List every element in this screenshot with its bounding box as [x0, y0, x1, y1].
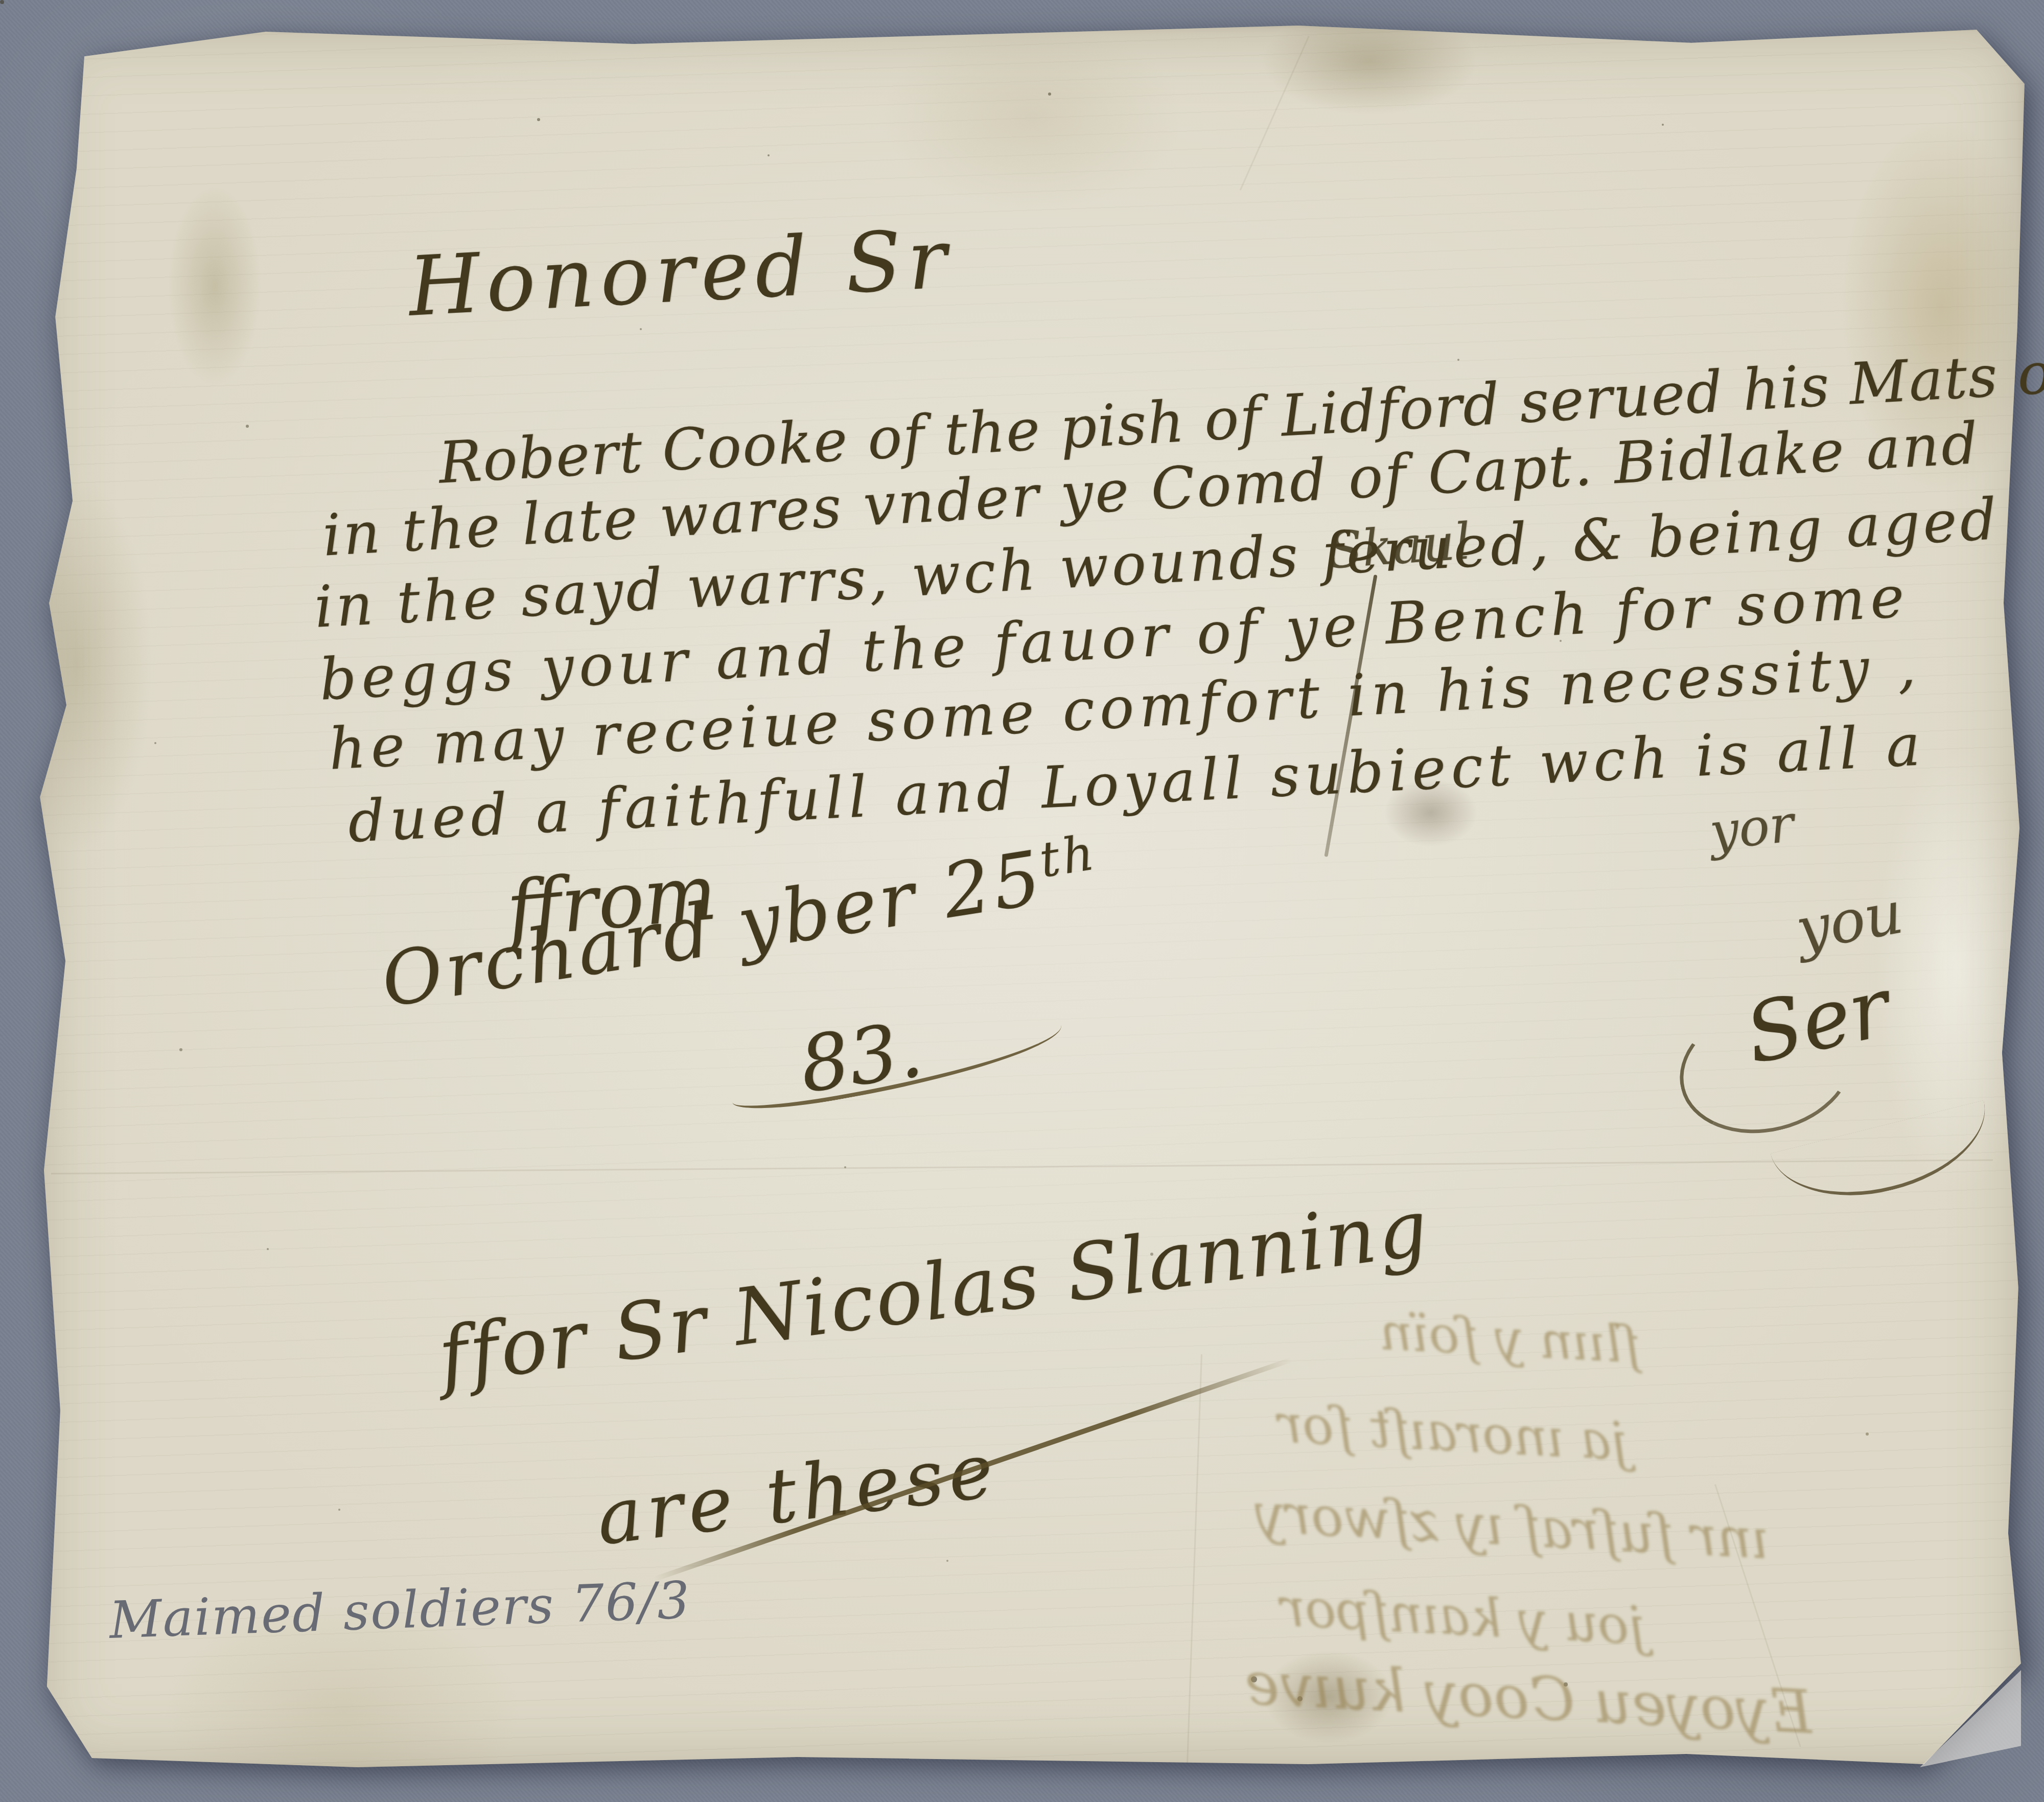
scan-canvas: { "document": { "kind": "17th-century ma… [0, 0, 2044, 1802]
ink-specks [0, 0, 4, 4]
closing-fragment-yor: yor [1707, 794, 1797, 862]
dateline-suffix: th [1036, 824, 1101, 889]
